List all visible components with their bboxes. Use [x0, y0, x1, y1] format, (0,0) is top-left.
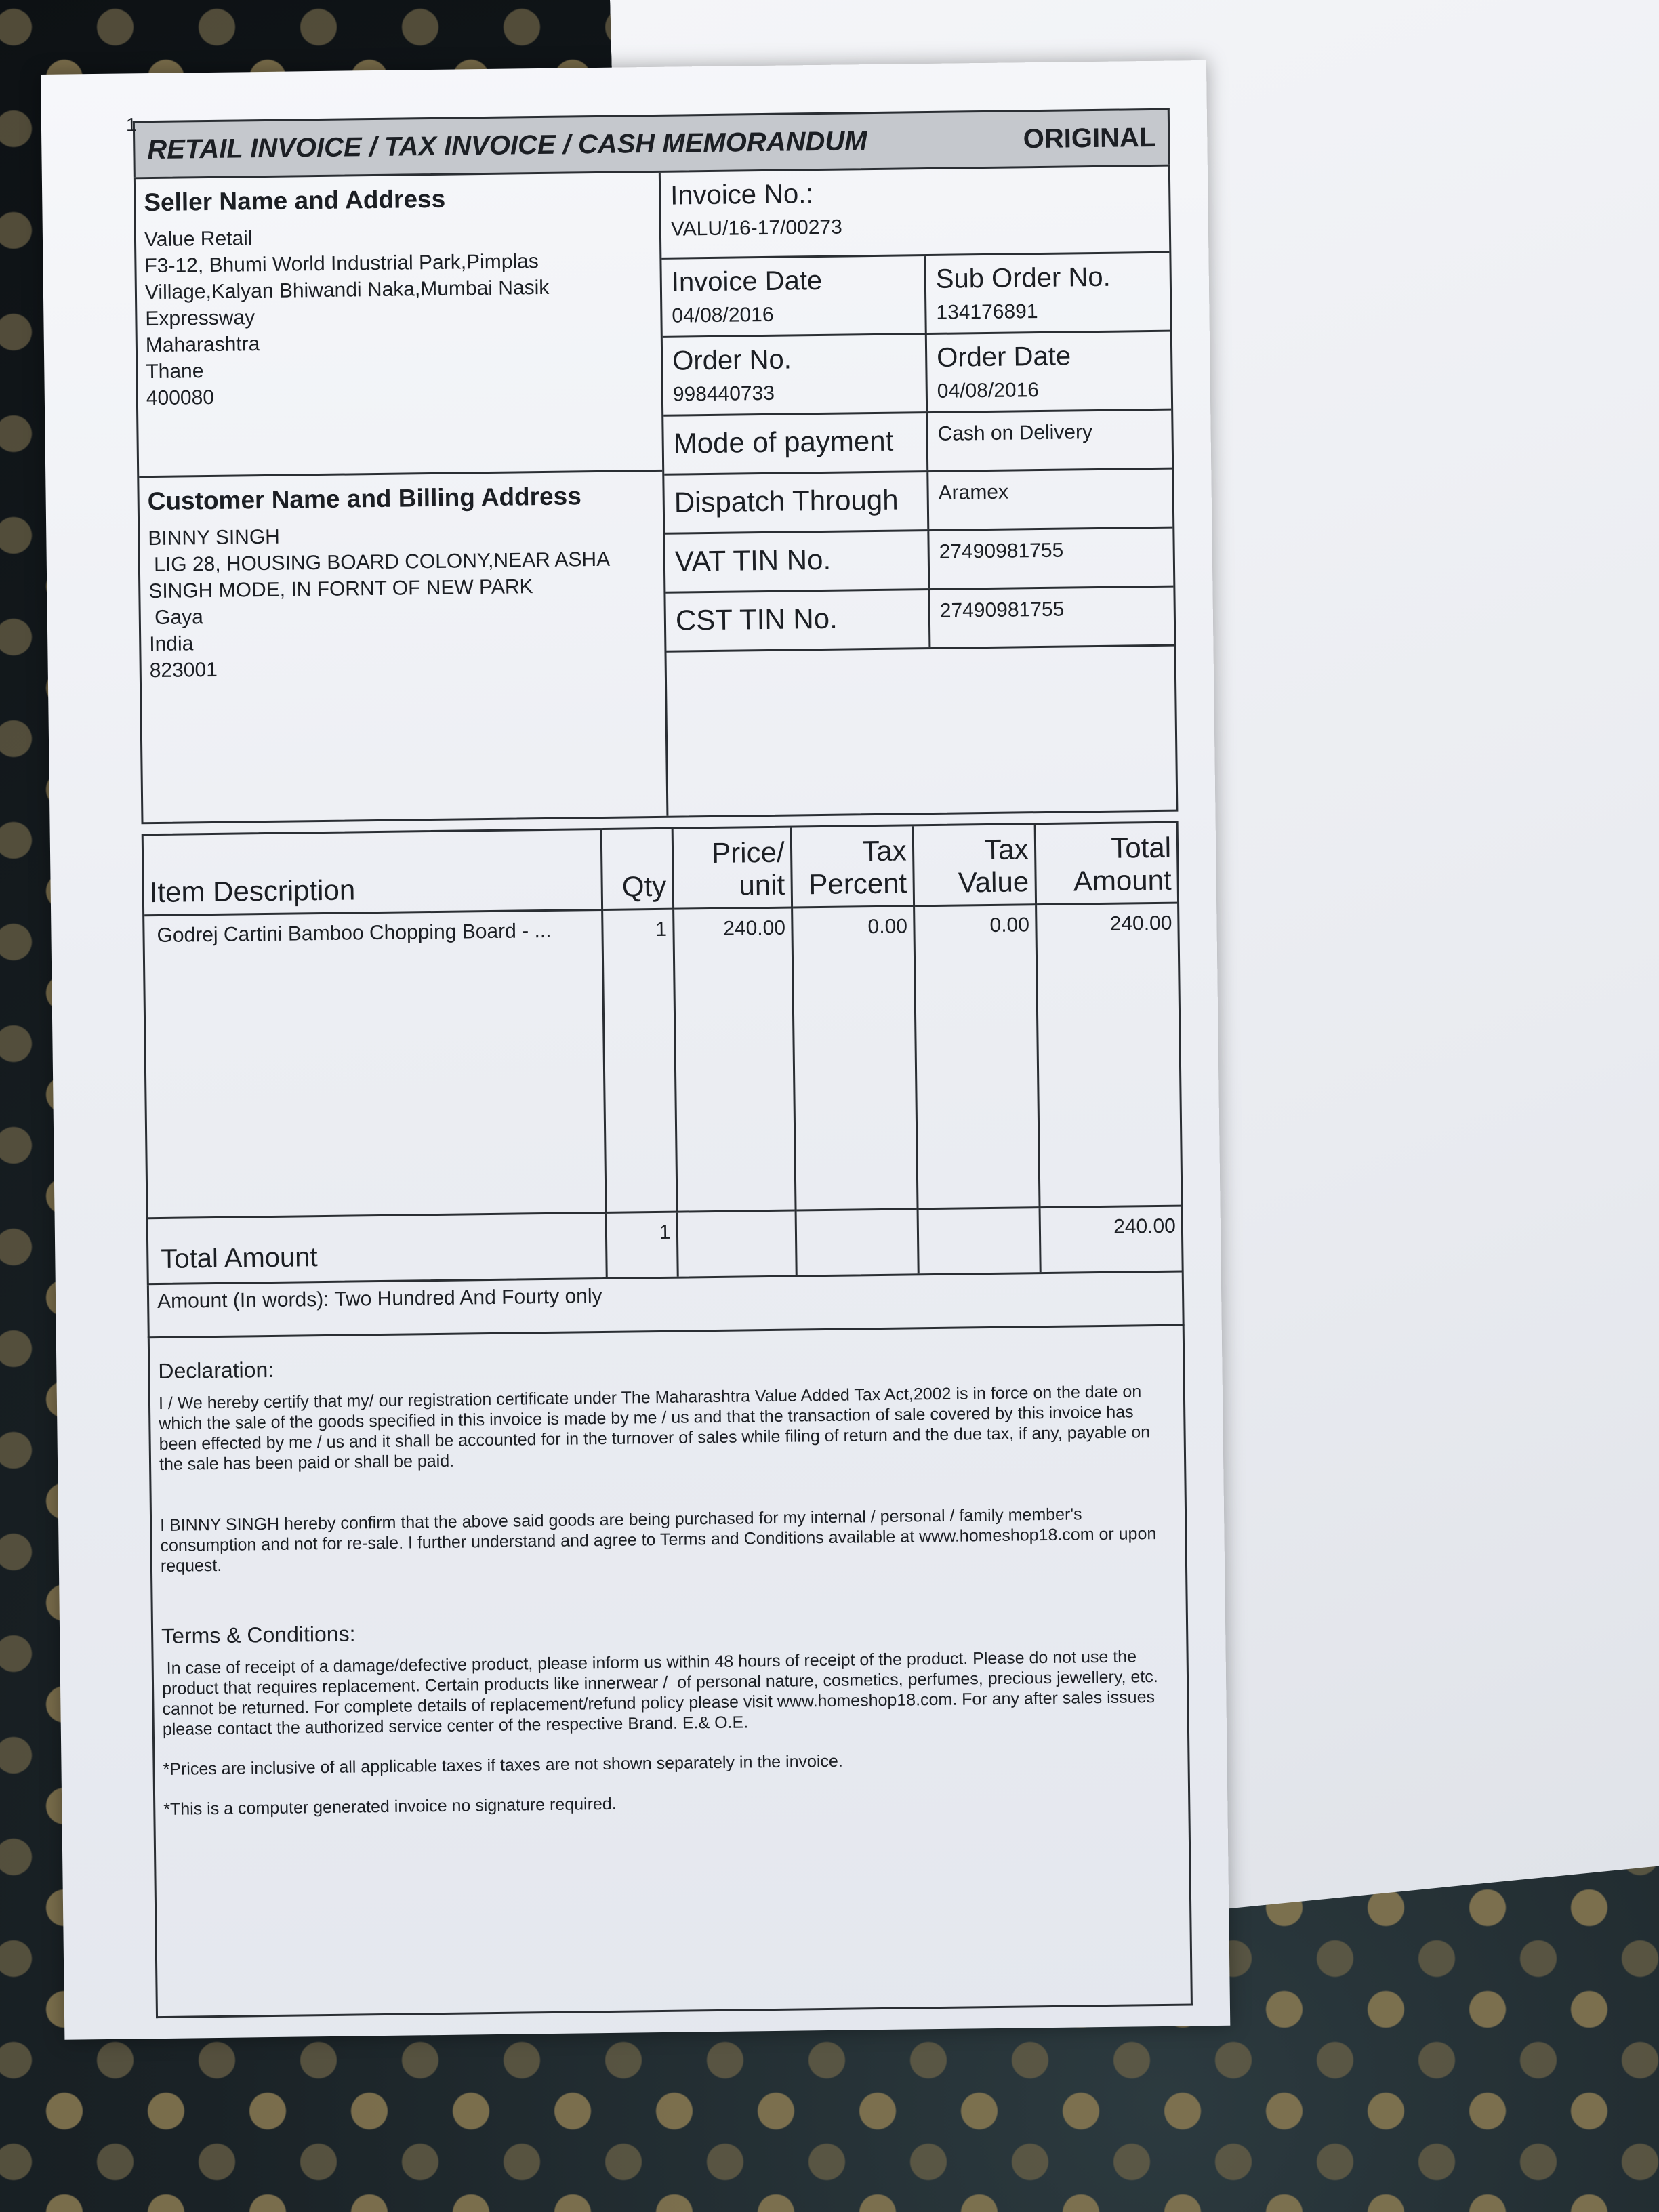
- declaration-text: I / We hereby certify that my/ our regis…: [159, 1381, 1176, 1475]
- total-empty: [796, 1209, 918, 1275]
- vat-row: VAT TIN No. 27490981755: [665, 529, 1173, 594]
- payment-row: Mode of payment Cash on Delivery: [663, 411, 1172, 476]
- seller-heading: Seller Name and Address: [144, 182, 651, 217]
- payment-mode: Cash on Delivery: [928, 411, 1172, 470]
- vat-label: VAT TIN No.: [665, 531, 930, 592]
- page-number: 1: [126, 114, 137, 136]
- total-row: Total Amount 1 240.00: [148, 1206, 1182, 1283]
- invoice-number-label: Invoice No.:: [670, 175, 1159, 211]
- terms-heading: Terms & Conditions:: [161, 1612, 1178, 1649]
- declaration-terms-section: Declaration: I / We hereby certify that …: [148, 1326, 1193, 2019]
- col-header-total: Total Amount: [1035, 823, 1177, 905]
- col-header-qty: Qty: [601, 829, 673, 910]
- vat-tin: 27490981755: [929, 529, 1173, 588]
- items-header-row: Item Description Qty Price/ unit Tax Per…: [144, 823, 1177, 916]
- col-header-price: Price/ unit: [672, 828, 792, 909]
- invoice-sheet: 1 RETAIL INVOICE / TAX INVOICE / CASH ME…: [133, 108, 1193, 2018]
- cst-tin: 27490981755: [930, 588, 1174, 647]
- invoice-date-label: Invoice Date: [672, 264, 916, 298]
- sub-order-label: Sub Order No.: [936, 262, 1161, 295]
- sub-order-number: 134176891: [936, 299, 1160, 325]
- order-date-label: Order Date: [937, 340, 1162, 373]
- dispatch-label: Dispatch Through: [664, 472, 929, 533]
- address-column: Seller Name and Address Value Retail F3-…: [136, 173, 669, 822]
- cst-row: CST TIN No. 27490981755: [665, 588, 1174, 653]
- details-column: Invoice No.: VALU/16-17/00273 Invoice Da…: [661, 167, 1176, 816]
- col-header-tax-percent: Tax Percent: [791, 826, 914, 907]
- customer-section: Customer Name and Billing Address BINNY …: [139, 472, 666, 822]
- item-tax-percent: 0.00: [792, 906, 917, 1210]
- order-date: 04/08/2016: [937, 377, 1162, 403]
- item-description: Godrej Cartini Bamboo Chopping Board - .…: [144, 909, 605, 1218]
- invoice-title: RETAIL INVOICE / TAX INVOICE / CASH MEMO…: [147, 126, 867, 165]
- order-date-cell: Order Date 04/08/2016: [927, 332, 1171, 411]
- item-tax-value: 0.00: [914, 905, 1039, 1209]
- copy-label: ORIGINAL: [1023, 122, 1155, 154]
- customer-line: 823001: [150, 651, 657, 684]
- item-price: 240.00: [673, 907, 795, 1212]
- invoice-number-cell: Invoice No.: VALU/16-17/00273: [661, 167, 1170, 260]
- payment-label: Mode of payment: [663, 413, 928, 474]
- order-row: Order No. 998440733 Order Date 04/08/201…: [663, 332, 1171, 417]
- sub-order-cell: Sub Order No. 134176891: [926, 253, 1170, 333]
- dispatch-carrier: Aramex: [928, 470, 1172, 529]
- invoice-number: VALU/16-17/00273: [671, 212, 1160, 241]
- order-number: 998440733: [673, 380, 916, 406]
- customer-heading: Customer Name and Billing Address: [147, 481, 654, 516]
- order-number-label: Order No.: [672, 343, 916, 376]
- invoice-date: 04/08/2016: [672, 302, 915, 327]
- declaration-heading: Declaration:: [158, 1347, 1174, 1384]
- invoice-date-cell: Invoice Date 04/08/2016: [661, 256, 926, 336]
- terms-text: In case of receipt of a damage/defective…: [162, 1646, 1179, 1740]
- prices-note: *Prices are inclusive of all applicable …: [163, 1748, 1179, 1780]
- seller-section: Seller Name and Address Value Retail F3-…: [136, 173, 662, 478]
- header-grid: Seller Name and Address Value Retail F3-…: [134, 165, 1179, 825]
- order-number-cell: Order No. 998440733: [663, 335, 928, 415]
- dispatch-row: Dispatch Through Aramex: [664, 470, 1172, 535]
- date-suborder-row: Invoice Date 04/08/2016 Sub Order No. 13…: [661, 253, 1170, 338]
- total-label: Total Amount: [148, 1212, 607, 1283]
- total-amount: 240.00: [1040, 1206, 1182, 1272]
- items-table: Item Description Qty Price/ unit Tax Per…: [142, 821, 1184, 1286]
- total-empty: [918, 1208, 1040, 1274]
- blank-cell: [666, 647, 1176, 816]
- col-header-tax-value: Tax Value: [913, 825, 1036, 906]
- total-empty: [677, 1210, 796, 1277]
- seller-line: 400080: [146, 379, 653, 411]
- item-total: 240.00: [1036, 903, 1181, 1208]
- item-qty: 1: [602, 909, 676, 1212]
- cst-label: CST TIN No.: [665, 590, 930, 651]
- total-qty: 1: [606, 1212, 678, 1277]
- col-header-description: Item Description: [144, 830, 602, 916]
- invoice-paper: 1 RETAIL INVOICE / TAX INVOICE / CASH ME…: [41, 60, 1230, 2040]
- table-row: Godrej Cartini Bamboo Chopping Board - .…: [144, 903, 1181, 1218]
- signature-note: *This is a computer generated invoice no…: [163, 1788, 1180, 1820]
